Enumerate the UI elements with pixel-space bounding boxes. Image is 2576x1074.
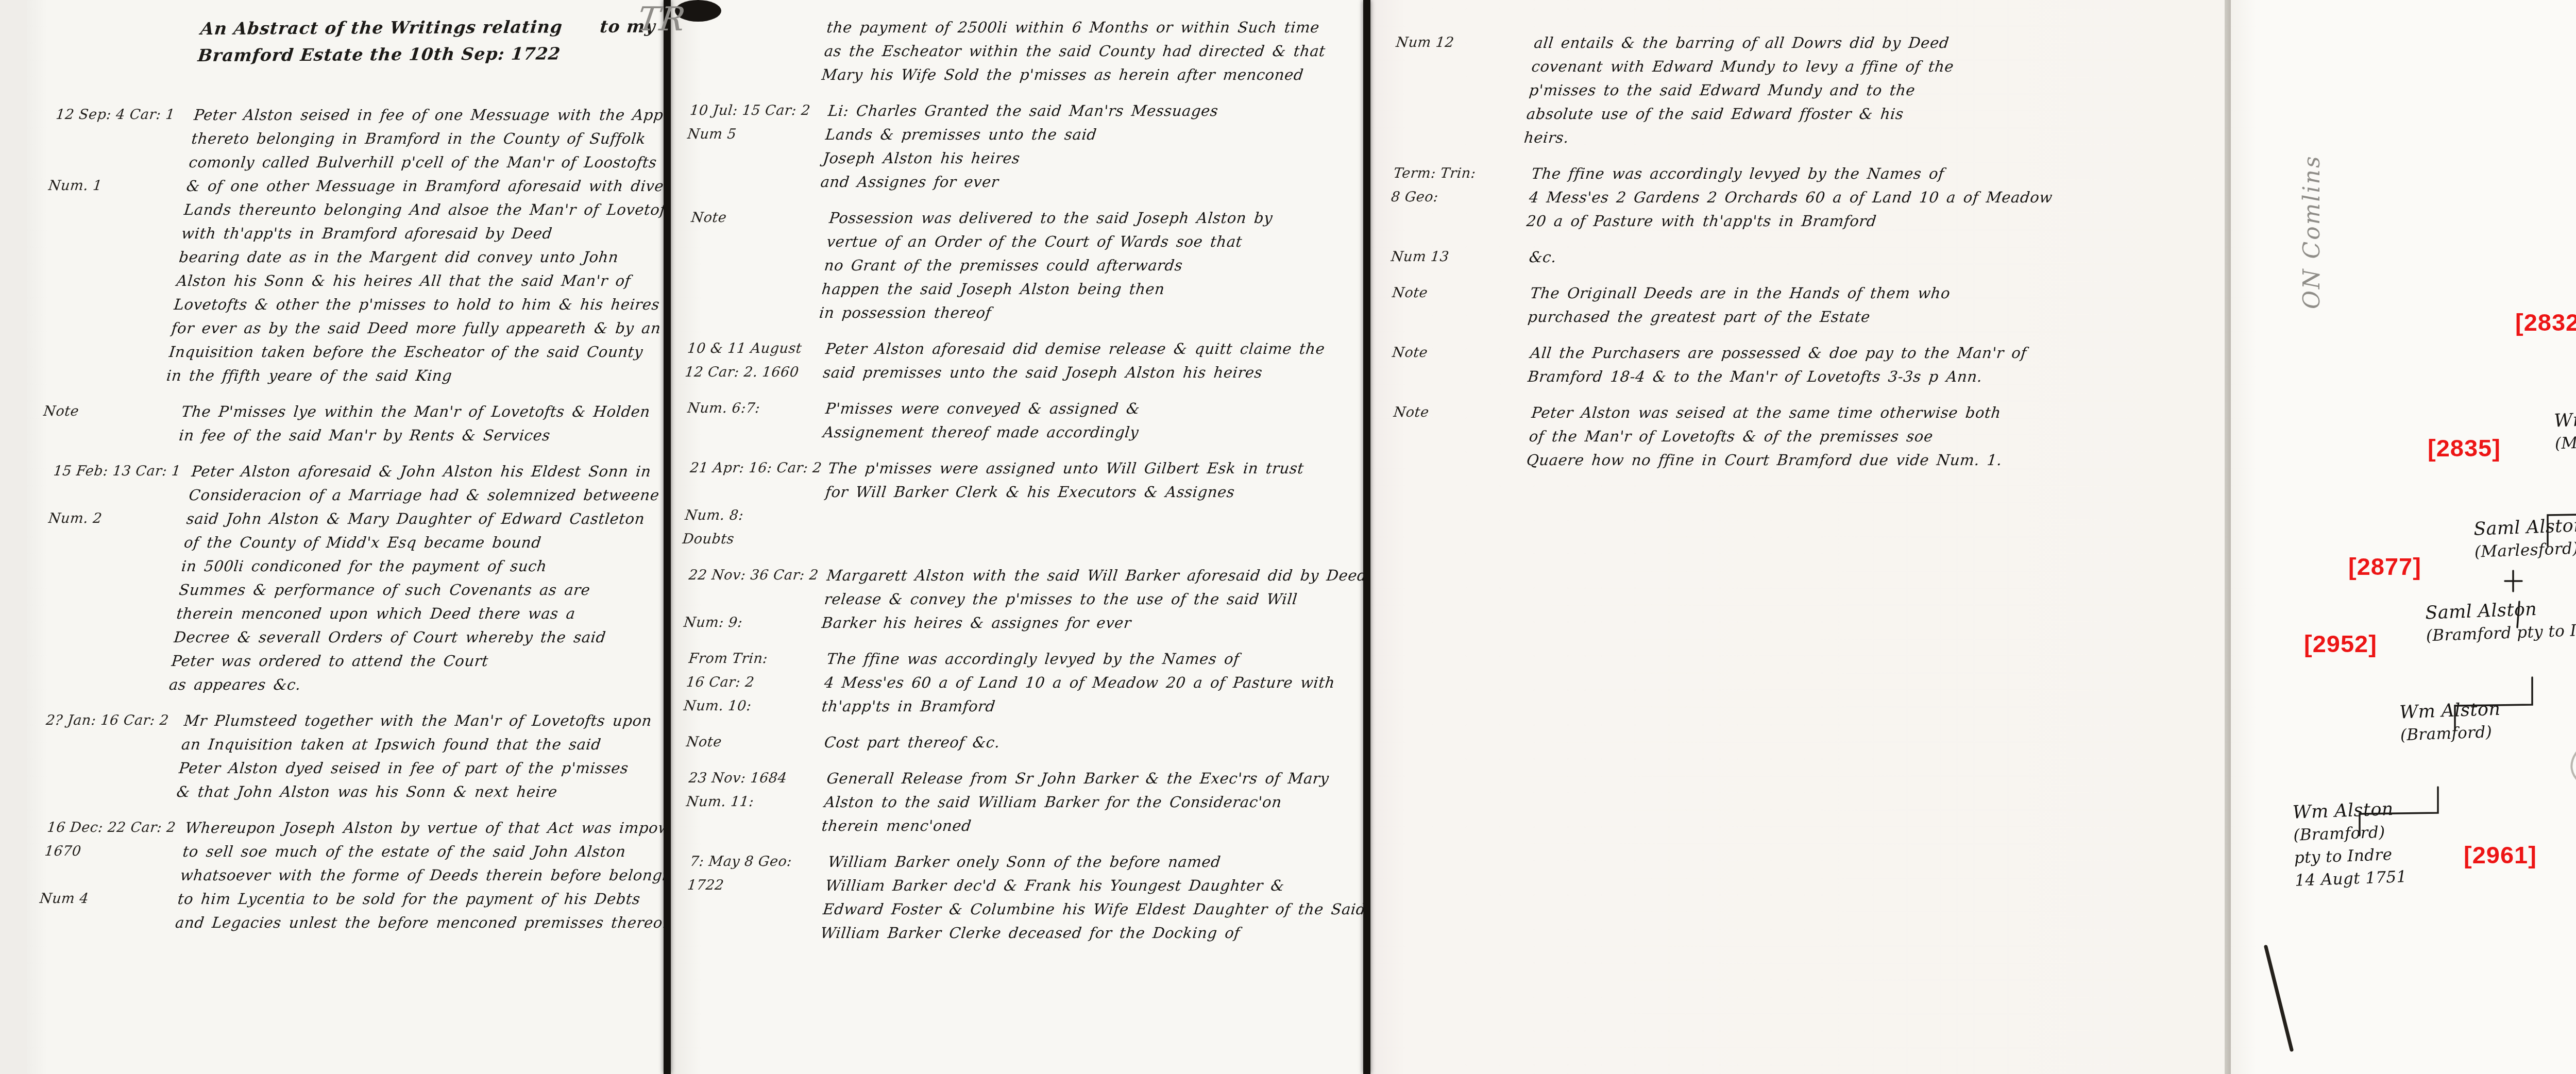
scanned-document: An Abstract of the Writings relating to … [0, 0, 2576, 1074]
pedigree-connector-lines [0, 0, 2576, 1074]
